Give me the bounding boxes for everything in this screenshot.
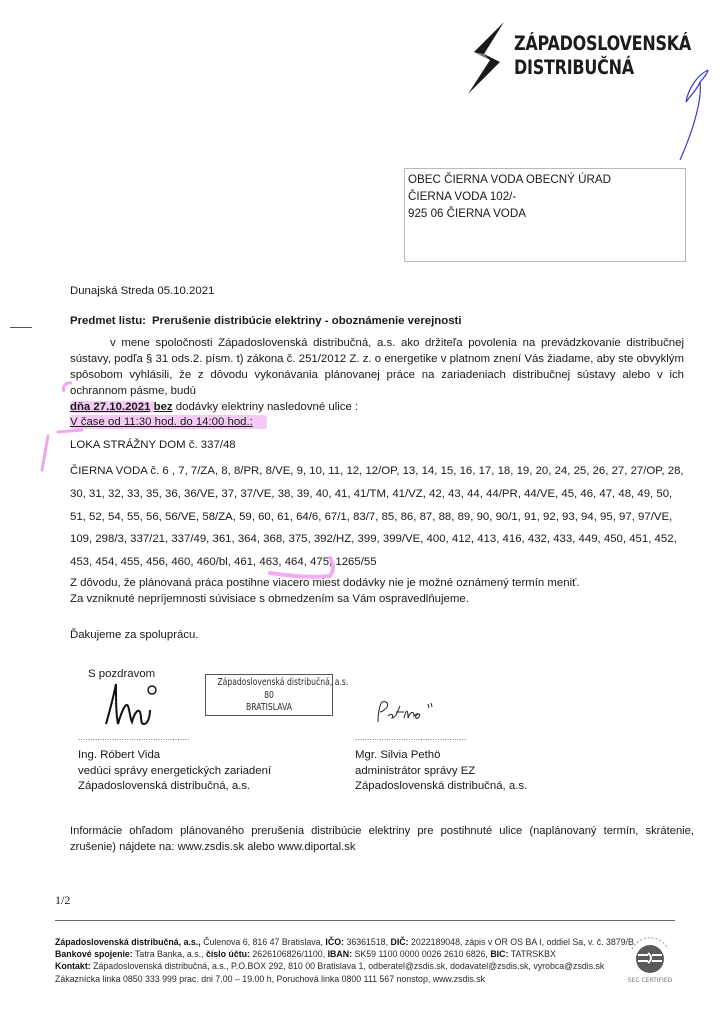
- footer-line-1: Západoslovenská distribučná, a.s., Čulen…: [55, 936, 625, 948]
- page-number: 1/2: [55, 893, 70, 908]
- certification-seal-icon: SEC CERTIFIED: [626, 937, 674, 985]
- logo-wordmark: ZÁPADOSLOVENSKÁ DISTRIBUČNÁ: [514, 32, 691, 80]
- svg-text:SEC CERTIFIED: SEC CERTIFIED: [628, 977, 673, 984]
- intro-paragraph: v mene spoločnosti Západoslovenská distr…: [70, 335, 684, 415]
- footer-divider: [55, 920, 675, 921]
- intro-tail: dodávky elektriny nasledovné ulice :: [176, 401, 358, 413]
- subject-text: Prerušenie distribúcie elektriny - obozn…: [152, 315, 462, 327]
- thanks-text: Ďakujeme za spoluprácu.: [70, 627, 199, 643]
- signatory-1: Ing. Róbert Vida vedúci správy energetic…: [78, 748, 271, 795]
- recipient-line-3: 925 06 ČIERNA VODA: [408, 205, 685, 222]
- signatory-1-role: vedúci správy energetických zariadení: [78, 764, 271, 780]
- location-loka: LOKA STRÁŽNY DOM č. 337/48: [70, 437, 236, 453]
- time-window: V čase od 11:30 hod. do 14:00 hod.:: [70, 414, 267, 430]
- stamp-line-2: 80: [217, 690, 320, 703]
- signatory-2-name: Mgr. Silvia Pethö: [355, 748, 527, 764]
- apology-text: Za vzniknuté nepríjemnosti súvisiace s o…: [70, 591, 469, 607]
- street-list: ČIERNA VODA č. 6 , 7, 7/ZA, 8, 8/PR, 8/V…: [70, 460, 690, 574]
- signatory-1-company: Západoslovenská distribučná, a.s.: [78, 779, 271, 795]
- reason-text: Z dôvodu, že plánovaná práca postihne vi…: [70, 575, 580, 591]
- footer: Západoslovenská distribučná, a.s., Čulen…: [55, 936, 625, 985]
- signatory-2-role: administrátor správy EZ: [355, 764, 527, 780]
- signatory-2-company: Západoslovenská distribučná, a.s.: [355, 779, 527, 795]
- signature-petho: [374, 698, 440, 726]
- signature-line-2: ........................................…: [355, 733, 466, 742]
- subject-label: Predmet listu:: [70, 315, 146, 327]
- outage-date: dňa 27.10.2021: [70, 401, 150, 413]
- pen-scribble-mark: [668, 66, 718, 162]
- signatory-2: Mgr. Silvia Pethö administrátor správy E…: [355, 748, 527, 795]
- signature-line-1: ........................................…: [78, 733, 189, 742]
- without-word: bez: [154, 401, 173, 413]
- recipient-line-2: ČIERNA VODA 102/-: [408, 188, 685, 205]
- recipient-address-box: OBEC ČIERNA VODA OBECNÝ ÚRAD ČIERNA VODA…: [404, 168, 686, 262]
- subject-line: Predmet listu:Prerušenie distribúcie ele…: [70, 313, 462, 329]
- fold-mark: [10, 327, 32, 328]
- signature-vida: [104, 680, 160, 728]
- info-note: Informácie ohľadom plánovaného prerušeni…: [70, 823, 694, 855]
- recipient-line-1: OBEC ČIERNA VODA OBECNÝ ÚRAD: [408, 171, 685, 188]
- signatory-1-name: Ing. Róbert Vida: [78, 748, 271, 764]
- lightning-bolt-icon: [468, 22, 508, 94]
- logo-line-2: DISTRIBUČNÁ: [514, 56, 691, 80]
- stamp-line-1: Západoslovenská distribučná, a.s.: [217, 677, 320, 690]
- stamp-line-3: BRATISLAVA: [217, 702, 320, 715]
- intro-text: v mene spoločnosti Západoslovenská distr…: [70, 337, 684, 397]
- footer-line-2: Bankové spojenie: Tatra Banka, a.s., čís…: [55, 948, 625, 960]
- place-date: Dunajská Streda 05.10.2021: [70, 283, 214, 299]
- footer-line-4: Zákaznícka linka 0850 333 999 prac. dni …: [55, 973, 625, 985]
- company-stamp: Západoslovenská distribučná, a.s. 80 BRA…: [205, 674, 333, 716]
- footer-line-3: Kontakt: Západoslovenská distribučná, a.…: [55, 960, 625, 972]
- time-window-text: V čase od 11:30 hod. do 14:00 hod.:: [70, 415, 267, 429]
- logo-line-1: ZÁPADOSLOVENSKÁ: [514, 32, 691, 56]
